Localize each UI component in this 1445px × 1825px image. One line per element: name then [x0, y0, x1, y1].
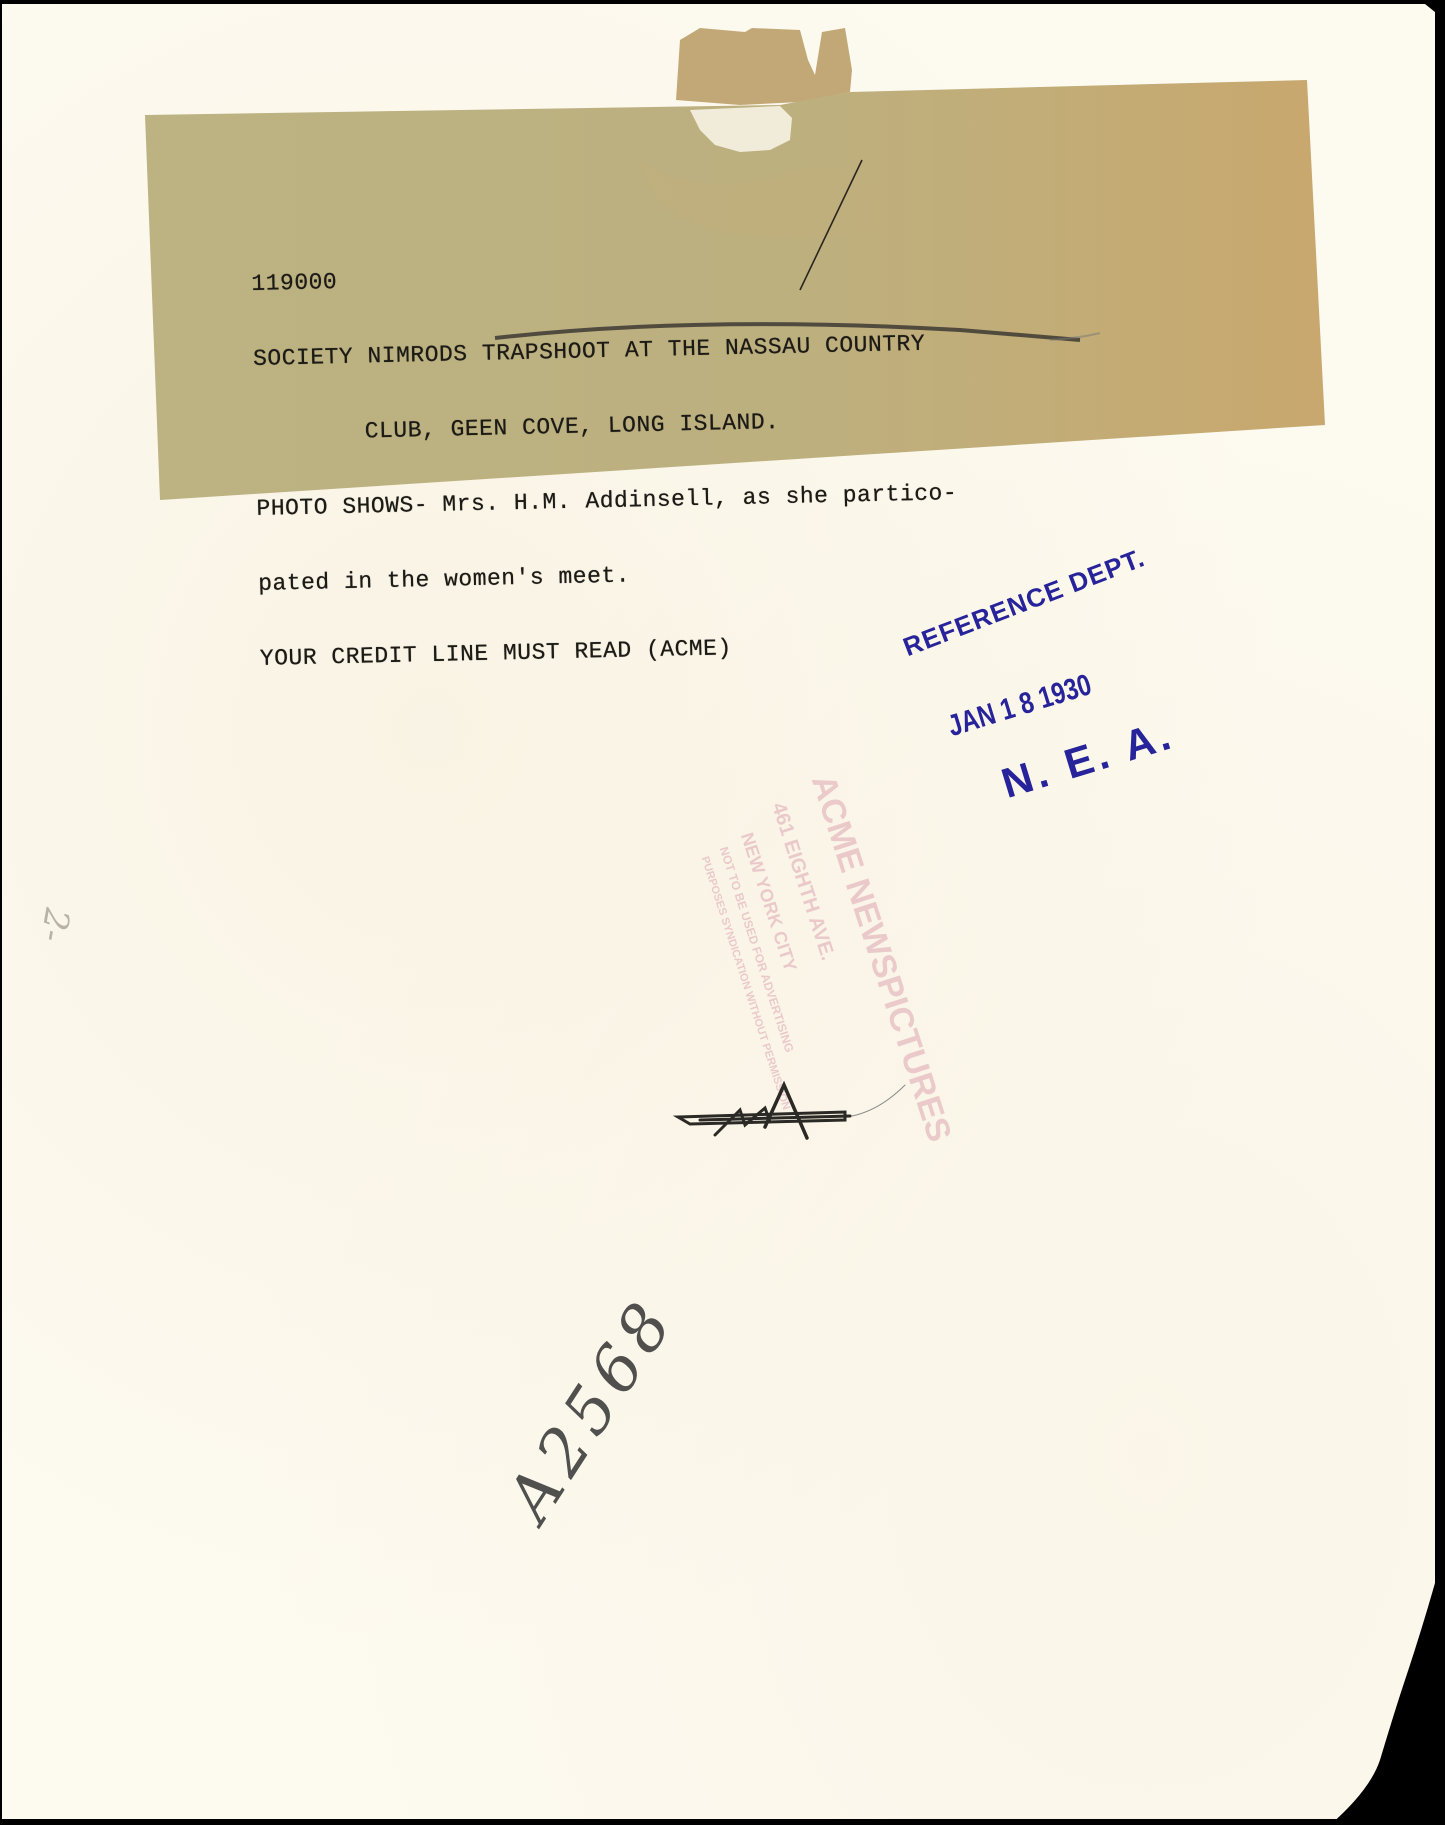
- stamp-reference-dept: REFERENCE DEPT.: [899, 542, 1149, 663]
- photo-number: 119000: [251, 256, 952, 297]
- reference-dept-stamp: REFERENCE DEPT. JAN 1 8 1930 N. E. A.: [902, 560, 1222, 800]
- stamp-org: N. E. A.: [996, 710, 1180, 808]
- acme-agency-stamp: ACME NEWSPICTURES 461 EIGHTH AVE. NEW YO…: [550, 760, 950, 1320]
- caption-typed-text: 119000 SOCIETY NIMRODS TRAPSHOOT AT THE …: [250, 206, 961, 697]
- stamp-date: JAN 1 8 1930: [944, 668, 1096, 744]
- caption-line-4: pated in the women's meet.: [258, 556, 959, 597]
- credit-line: YOUR CREDIT LINE MUST READ (ACME): [260, 631, 961, 672]
- caption-line-3: PHOTO SHOWS- Mrs. H.M. Addinsell, as she…: [256, 481, 957, 522]
- caption-line-1: SOCIETY NIMRODS TRAPSHOOT AT THE NASSAU …: [253, 331, 954, 372]
- handwritten-margin-note: 2-: [32, 905, 77, 945]
- caption-line-2: CLUB, GEEN COVE, LONG ISLAND.: [255, 406, 956, 447]
